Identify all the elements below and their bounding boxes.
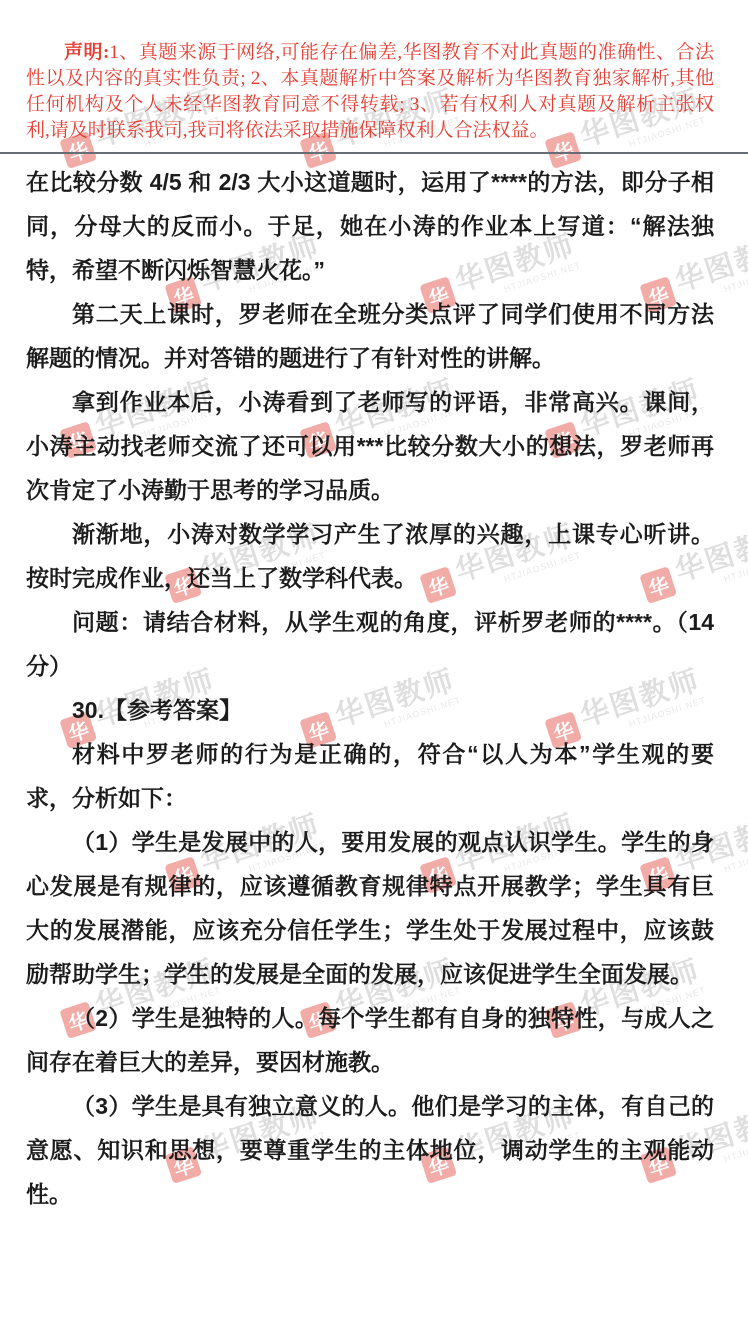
paragraph: （2）学生是独特的人。每个学生都有自身的独特性，与成人之间存在着巨大的差异，要因… <box>26 996 714 1084</box>
paragraph: 在比较分数 4/5 和 2/3 大小这道题时，运用了****的方法，即分子相同，… <box>26 160 714 292</box>
paragraph: 渐渐地，小涛对数学学习产生了浓厚的兴趣，上课专心听讲。按时完成作业，还当上了数学… <box>26 512 714 600</box>
document-content: 声明:1、真题来源于网络,可能存在偏差,华图教育不对此真题的准确性、合法性以及内… <box>0 0 748 1216</box>
disclaimer-box: 声明:1、真题来源于网络,可能存在偏差,华图教育不对此真题的准确性、合法性以及内… <box>0 0 748 154</box>
document-page: 华华图教师HTJIAOSHI.NET华华图教师HTJIAOSHI.NET华华图教… <box>0 0 748 1335</box>
paragraph-question: 问题：请结合材料，从学生观的角度，评析罗老师的****。（14 分） <box>26 600 714 688</box>
paragraph-answer-heading: 30.【参考答案】 <box>26 688 714 732</box>
paragraph: 第二天上课时，罗老师在全班分类点评了同学们使用不同方法解题的情况。并对答错的题进… <box>26 292 714 380</box>
paragraph: 拿到作业本后，小涛看到了老师写的评语，非常高兴。课间，小涛主动找老师交流了还可以… <box>26 380 714 512</box>
paragraph: 材料中罗老师的行为是正确的，符合“以人为本”学生观的要求，分析如下： <box>26 732 714 820</box>
paragraph: （1）学生是发展中的人，要用发展的观点认识学生。学生的身心发展是有规律的，应该遵… <box>26 820 714 996</box>
disclaimer: 声明:1、真题来源于网络,可能存在偏差,华图教育不对此真题的准确性、合法性以及内… <box>26 40 714 144</box>
disclaimer-text: 1、真题来源于网络,可能存在偏差,华图教育不对此真题的准确性、合法性以及内容的真… <box>26 42 714 141</box>
paragraph: （3）学生是具有独立意义的人。他们是学习的主体，有自己的意愿、知识和思想，要尊重… <box>26 1084 714 1216</box>
disclaimer-label: 声明: <box>64 42 109 63</box>
document-body: 在比较分数 4/5 和 2/3 大小这道题时，运用了****的方法，即分子相同，… <box>0 154 748 1216</box>
